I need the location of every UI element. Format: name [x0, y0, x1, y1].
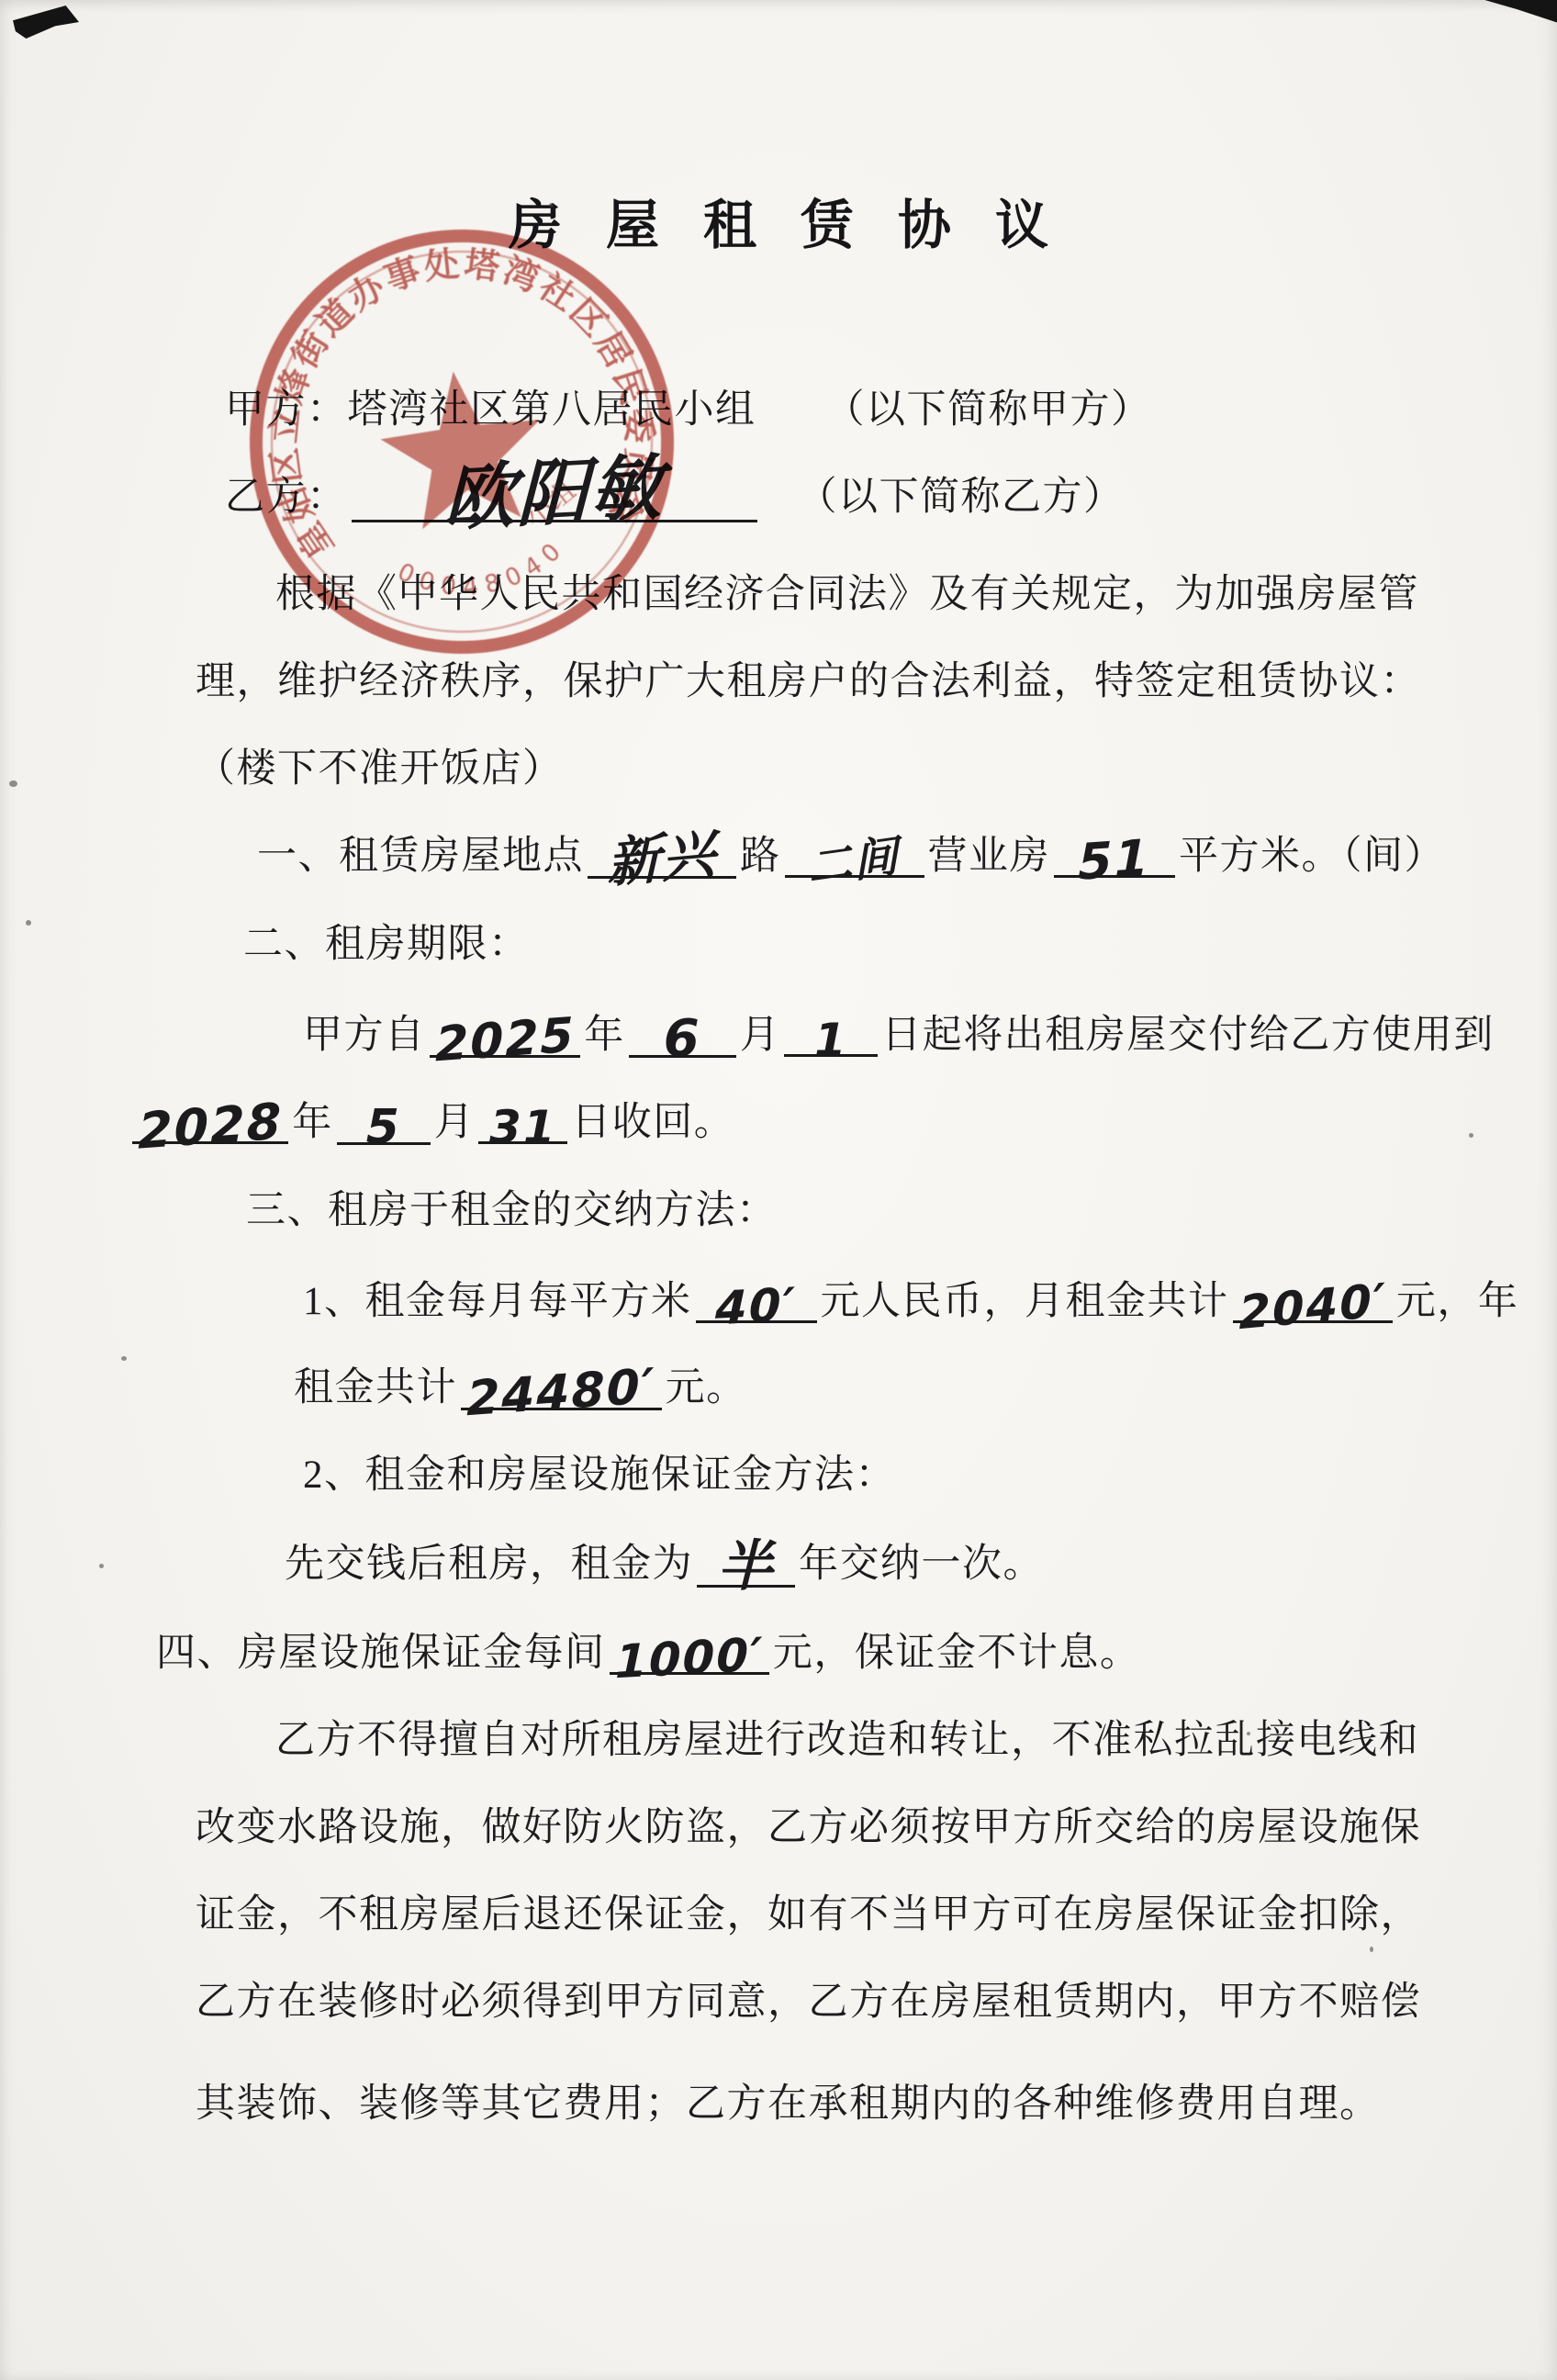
printed-text: 年交纳一次。	[799, 1541, 1044, 1589]
start-day: 1	[784, 1008, 878, 1057]
start-year: 2025	[430, 1009, 581, 1058]
printed-text: 日起将出租房屋交付给乙方使用到	[881, 1012, 1495, 1060]
handwriting: 2025	[435, 1013, 575, 1068]
printed-text: 月	[434, 1099, 476, 1147]
scan-speck	[26, 920, 31, 926]
line-term-end: 2028年5月31日收回。	[129, 1095, 734, 1145]
scan-speck	[1247, 1732, 1250, 1735]
printed-text: 营业房	[928, 833, 1051, 881]
scan-speck	[99, 1564, 104, 1568]
room-count: 二间	[785, 829, 924, 878]
printed-text: 租金共计	[294, 1364, 457, 1412]
svg-text:00048040: 00048040	[389, 531, 577, 611]
printed-text: 证金，不租房屋后退还保证金，如有不当甲方可在房屋保证金扣除，	[196, 1892, 1421, 1939]
printed-text: （以下简称甲方）	[825, 387, 1152, 434]
stamp-inner-text: 小组	[520, 475, 581, 533]
line-rules-3: 证金，不租房屋后退还保证金，如有不当甲方可在房屋保证金扣除，	[196, 1892, 1421, 1941]
printed-text: 月	[740, 1012, 781, 1060]
scan-page: 房屋租赁协议 皇姑区立烽街道办事处塔湾社区居民委员会 00048040 小组 甲…	[0, 0, 1557, 2380]
line-rules-1: 乙方不得擅自对所租房屋进行改造和转让，不准私拉乱接电线和	[275, 1717, 1419, 1767]
printed-text: 年	[292, 1099, 333, 1147]
printed-text: 元。	[666, 1364, 747, 1412]
payment-interval: 半	[697, 1539, 795, 1588]
line-rules-2: 改变水路设施，做好防火防盗，乙方必须按甲方所交给的房屋设施保	[196, 1804, 1421, 1854]
handwriting: 5	[366, 1106, 401, 1151]
printed-text: 元，年	[1396, 1278, 1519, 1326]
line-rules-4: 乙方在装修时必须得到甲方同意，乙方在房屋租赁期内，甲方不赔偿	[196, 1979, 1421, 2028]
line-clause-3: 三、租房于租金的交纳方法：	[246, 1187, 778, 1237]
line-clause-1: 一、租赁房屋地点新兴路二间营业房51平方米。（间）	[257, 829, 1445, 879]
handwriting: 二间	[807, 836, 901, 891]
printed-text: 乙方不得擅自对所租房屋进行改造和转让，不准私拉乱接电线和	[275, 1717, 1419, 1765]
printed-text: 日收回。	[571, 1099, 734, 1147]
monthly-rent: 2040′	[1233, 1274, 1393, 1323]
printed-text: 1、租金每月每平方米	[303, 1278, 692, 1326]
line-deposit-method: 2、租金和房屋设施保证金方法：	[303, 1452, 896, 1501]
scan-speck	[1370, 1947, 1373, 1952]
handwriting: 31	[489, 1106, 557, 1151]
printed-text: 2、租金和房屋设施保证金方法：	[303, 1452, 896, 1499]
printed-text: 路	[740, 833, 781, 881]
line-rent-2: 租金共计24480′元。	[294, 1362, 747, 1411]
printed-text: 甲方自	[303, 1012, 426, 1060]
printed-text: 三、租房于租金的交纳方法：	[246, 1187, 778, 1235]
handwriting: 6	[664, 1015, 701, 1063]
line-note: （楼下不准开饭店）	[196, 746, 564, 795]
area-sqm: 51	[1054, 829, 1175, 878]
yearly-rent: 24480′	[461, 1362, 662, 1410]
scan-speck	[121, 1356, 127, 1361]
line-rules-5: 其装饰、装修等其它费用；乙方在承租期内的各种维修费用自理。	[196, 2081, 1381, 2130]
end-month: 5	[337, 1096, 431, 1145]
rent-per-sqm: 40′	[696, 1274, 817, 1323]
printed-text: 一、租赁房屋地点	[257, 833, 584, 881]
handwriting: 24480′	[466, 1364, 655, 1422]
printed-text: 四、房屋设施保证金每间	[156, 1630, 606, 1678]
stamp-serial: 00048040	[389, 531, 577, 611]
start-month: 6	[629, 1009, 736, 1058]
printed-text: 乙方在装修时必须得到甲方同意，乙方在房屋租赁期内，甲方不赔偿	[196, 1979, 1421, 2026]
printed-text: 元，保证金不计息。	[773, 1630, 1141, 1678]
official-stamp-icon: 皇姑区立烽街道办事处塔湾社区居民委员会 00048040 小组	[221, 201, 702, 682]
printed-text: 先交钱后租房，租金为	[285, 1541, 693, 1589]
deposit-per-room: 1000′	[610, 1626, 769, 1675]
printed-text: 年	[584, 1012, 625, 1060]
line-rent-1: 1、租金每月每平方米40′元人民币，月租金共计2040′元，年	[303, 1274, 1518, 1324]
handwriting: 1000′	[614, 1633, 764, 1684]
line-term-start: 甲方自2025年6月1日起将出租房屋交付给乙方使用到	[303, 1008, 1495, 1058]
handwriting: 1	[814, 1019, 848, 1063]
handwriting: 40′	[715, 1283, 797, 1330]
scan-speck	[549, 203, 554, 208]
scan-speck	[1469, 1133, 1473, 1138]
handwriting: 新兴	[607, 828, 718, 889]
handwriting: 51	[1079, 834, 1151, 886]
printed-text: 改变水路设施，做好防火防盗，乙方必须按甲方所交给的房屋设施保	[196, 1804, 1421, 1852]
line-payment: 先交钱后租房，租金为半年交纳一次。	[285, 1539, 1044, 1589]
printed-text: 平方米。（间）	[1179, 833, 1445, 881]
line-clause-2: 二、租房期限：	[243, 921, 530, 971]
printed-text: 二、租房期限：	[243, 921, 530, 969]
handwriting: 2028	[138, 1097, 283, 1154]
printed-text: （以下简称乙方）	[798, 474, 1125, 522]
printed-text: （楼下不准开饭店）	[196, 746, 564, 793]
handwriting: 半	[718, 1541, 775, 1593]
road-name: 新兴	[588, 830, 736, 879]
printed-text: 元人民币，月租金共计	[821, 1278, 1229, 1326]
handwriting: 2040′	[1238, 1278, 1387, 1335]
line-clause-4: 四、房屋设施保证金每间1000′元，保证金不计息。	[156, 1626, 1140, 1676]
end-year: 2028	[132, 1095, 288, 1144]
end-day: 31	[478, 1095, 567, 1144]
printed-text: 其装饰、装修等其它费用；乙方在承租期内的各种维修费用自理。	[196, 2081, 1381, 2128]
scan-speck	[9, 780, 17, 787]
